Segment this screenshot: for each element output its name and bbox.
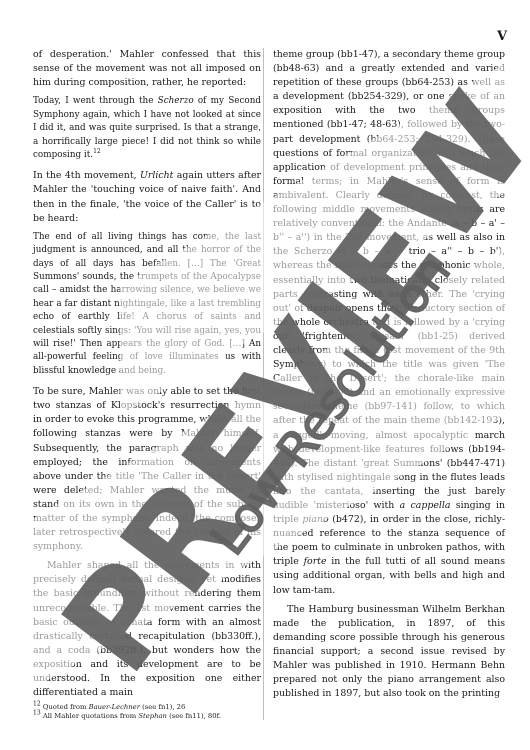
paragraph: Mahler shaped all the movements in with …: [33, 559, 261, 700]
quote-text: Today, I went through the: [33, 96, 158, 106]
page-number: V: [497, 29, 507, 44]
block-quote: The end of all living things has come, t…: [33, 231, 261, 378]
paragraph: theme group (bb1-47), a secondary theme …: [273, 48, 505, 598]
footnote: 12 Quoted from Bauer-Lechner (see fn1), …: [33, 703, 261, 712]
footnote-text: All Mahler quotations from: [43, 712, 139, 720]
footnotes: 12 Quoted from Bauer-Lechner (see fn1), …: [33, 703, 261, 721]
right-column: theme group (bb1-47), a secondary theme …: [273, 48, 505, 706]
paragraph-text: In the 4th movement,: [33, 170, 140, 181]
paragraph-text: theme group (bb1-47), a secondary theme …: [273, 49, 505, 511]
footnote-number: 13: [33, 710, 41, 717]
footnote-text: (see fn1), 26: [140, 703, 185, 711]
paragraph-emphasis: forte: [304, 556, 327, 567]
footnote-ref: 12: [93, 148, 101, 155]
footnote-text: Quoted from: [43, 703, 89, 711]
paragraph: In the 4th movement, Urlicht again utter…: [33, 169, 261, 225]
paragraph-emphasis: Urlicht: [140, 170, 173, 181]
paragraph: of desperation.' Mahler confessed that t…: [33, 48, 261, 90]
footnote-number: 12: [33, 701, 41, 708]
footnote-text: (see fn11), 80f.: [167, 712, 221, 720]
footnote-emphasis: Bauer-Lechner: [89, 703, 140, 711]
paragraph: The Hamburg businessman Wilhelm Berkhan …: [273, 603, 505, 702]
footnote-emphasis: Stephan: [138, 712, 167, 720]
footnote: 13 All Mahler quotations from Stephan (s…: [33, 712, 261, 721]
paragraph: To be sure, Mahler was only able to set …: [33, 385, 261, 554]
block-quote: Today, I went through the Scherzo of my …: [33, 95, 261, 162]
left-column: of desperation.' Mahler confessed that t…: [33, 48, 261, 705]
paragraph-emphasis: a cappella: [400, 500, 451, 511]
column-divider: [263, 48, 264, 720]
quote-emphasis: Scherzo: [158, 96, 194, 106]
paragraph-emphasis: piano: [302, 514, 328, 525]
